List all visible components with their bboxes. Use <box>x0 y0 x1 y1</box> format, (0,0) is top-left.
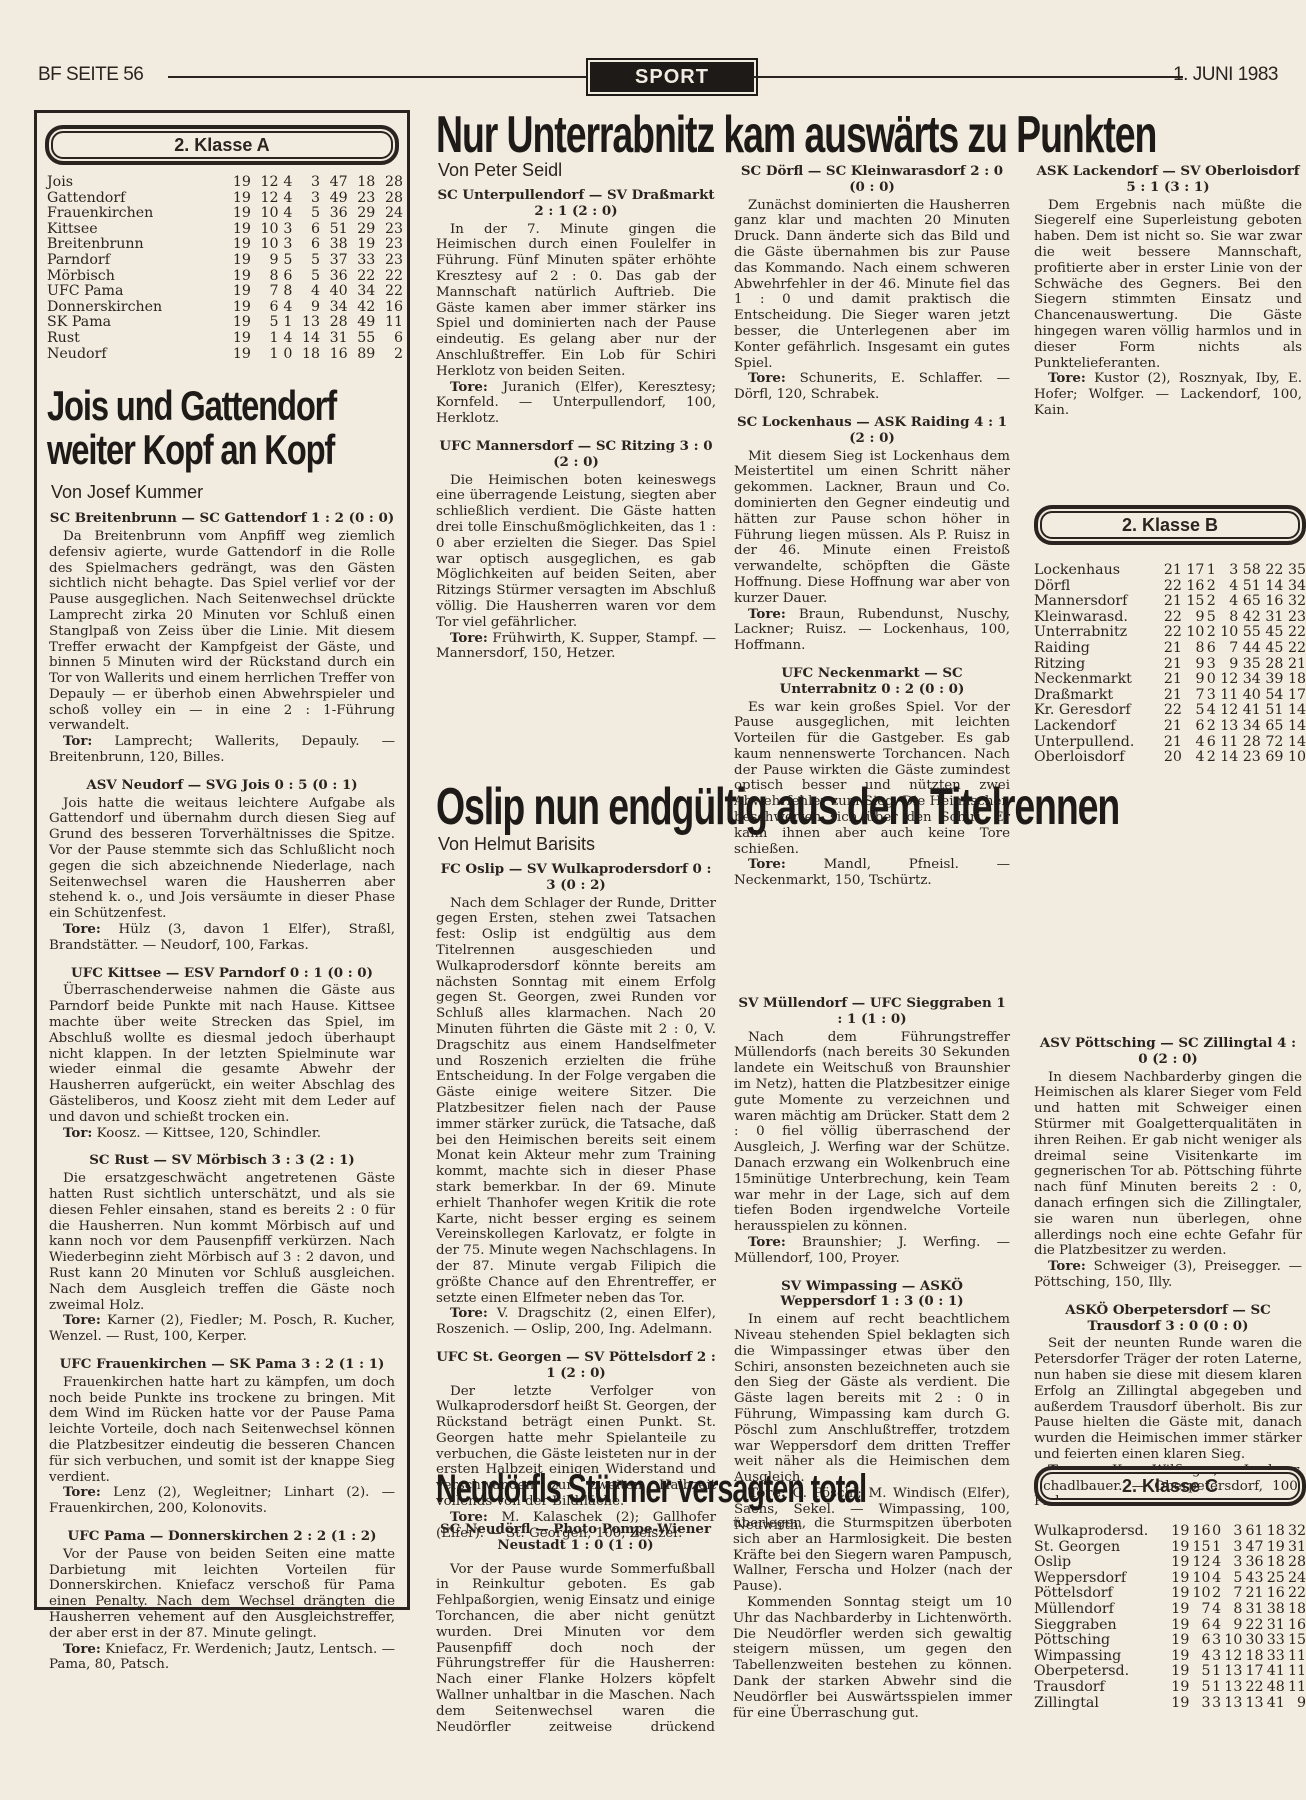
stat-value: 6 <box>1204 735 1215 751</box>
standings-klasse-b: 2. Klasse B Lockenhaus211713582235Dörfl2… <box>1034 505 1306 766</box>
standings-row: Neudorf19101816892 <box>47 347 403 363</box>
match-title: UFC Neckenmarkt — SC Unterrabnitz 0 : 2 … <box>734 666 1010 698</box>
stat-value: 8 <box>1216 610 1239 626</box>
goalscorers-line: Tore: Juranich (Elfer), Keresztesy; Korn… <box>436 380 716 427</box>
stat-value: 3 <box>1221 1524 1242 1540</box>
team-name: UFC Pama <box>47 284 223 300</box>
stat-value: 34 <box>1238 672 1261 688</box>
stat-value: 10 <box>1216 625 1239 641</box>
team-name: Oslip <box>1034 1555 1168 1571</box>
team-name: Trausdorf <box>1034 1680 1168 1696</box>
stat-value: 12 <box>1221 1649 1242 1665</box>
team-name: Frauenkirchen <box>47 206 223 222</box>
goalscorers-line: Tore: Braun, Rubendunst, Nuschy, Lackner… <box>734 607 1010 654</box>
stat-value: 14 <box>292 331 320 347</box>
stat-value: 23 <box>1238 750 1261 766</box>
stat-value: 10 <box>251 237 279 253</box>
stat-value: 23 <box>375 253 403 269</box>
stat-value: 2 <box>1204 625 1215 641</box>
team-name: Neckenmarkt <box>1034 672 1159 688</box>
standings-row: Neckenmarkt219012343918 <box>1034 672 1306 688</box>
team-name: Jois <box>47 175 223 191</box>
stat-value: 19 <box>223 222 251 238</box>
team-name: Raiding <box>1034 641 1159 657</box>
goalscorers-label: Tore: <box>748 1234 786 1250</box>
stat-value: 9 <box>292 300 320 316</box>
article-a-body: SC Breitenbrunn — SC Gattendorf 1 : 2 (0… <box>49 511 395 1679</box>
stat-value: 19 <box>1168 1571 1189 1587</box>
stat-value: 17 <box>1182 563 1205 579</box>
stat-value: 5 <box>1189 1680 1210 1696</box>
goalscorers-line: Tore: Kniefacz, Fr. Werdenich; Jautz, Le… <box>49 1642 395 1674</box>
team-name: Gattendorf <box>47 191 223 207</box>
stat-value: 4 <box>279 331 293 347</box>
stat-value: 6 <box>1189 1618 1210 1634</box>
goalscorers-line: Tore: Karner (2), Fiedler; M. Posch, R. … <box>49 1313 395 1345</box>
article-b-headline: Nur Unterrabnitz kam auswärts zu Punkten <box>436 108 1156 162</box>
stat-value: 55 <box>1238 625 1261 641</box>
stat-value: 23 <box>1283 610 1306 626</box>
stat-value: 19 <box>1168 1586 1189 1602</box>
stat-value: 7 <box>1216 641 1239 657</box>
stat-value: 22 <box>1159 703 1182 719</box>
stat-value: 21 <box>1159 641 1182 657</box>
stat-value: 19 <box>223 284 251 300</box>
masthead-rule-left <box>168 76 588 78</box>
stat-value: 3 <box>1204 657 1215 673</box>
stat-value: 22 <box>1159 610 1182 626</box>
stat-value: 18 <box>292 347 320 363</box>
stat-value: 3 <box>279 237 293 253</box>
standings-row: Unterrabnitz2210210554522 <box>1034 625 1306 641</box>
stat-value: 2 <box>375 347 403 363</box>
stat-value: 3 <box>1211 1696 1222 1712</box>
stat-value: 65 <box>1261 719 1284 735</box>
stat-value: 42 <box>348 300 376 316</box>
article-paragraph: Kommenden Sonntag steigt um 10 Uhr das N… <box>733 1595 1012 1721</box>
stat-value: 37 <box>320 253 348 269</box>
stat-value: 3 <box>1211 1633 1222 1649</box>
page-number: BF SEITE 56 <box>38 64 143 86</box>
standings-row: Lackendorf216213346514 <box>1034 719 1306 735</box>
goalscorers-line: Tore: Schunerits, E. Schlaffer. — Dörfl,… <box>734 371 1010 403</box>
stat-value: 12 <box>1216 672 1239 688</box>
stat-value: 28 <box>320 315 348 331</box>
match-report: Jois hatte die weitaus leichtere Aufgabe… <box>49 796 395 922</box>
stat-value: 16 <box>1261 594 1284 610</box>
team-name: Mannersdorf <box>1034 594 1159 610</box>
match-report: Mit diesem Sieg ist Lockenhaus dem Meist… <box>734 449 1010 607</box>
stat-value: 11 <box>1285 1680 1306 1696</box>
stat-value: 33 <box>1264 1633 1285 1649</box>
stat-value: 72 <box>1261 735 1284 751</box>
stat-value: 14 <box>1216 750 1239 766</box>
stat-value: 47 <box>320 175 348 191</box>
stat-value: 4 <box>1211 1555 1222 1571</box>
stat-value: 45 <box>1261 625 1284 641</box>
stat-value: 19 <box>223 315 251 331</box>
standings-row: Gattendorf191243492328 <box>47 191 403 207</box>
stat-value: 34 <box>348 284 376 300</box>
stat-value: 8 <box>279 284 293 300</box>
stat-value: 11 <box>375 315 403 331</box>
match-title: ASV Pöttsching — SC Zillingtal 4 : 0 (2 … <box>1034 1036 1302 1068</box>
stat-value: 19 <box>1168 1602 1189 1618</box>
stat-value: 38 <box>1264 1602 1285 1618</box>
match-title: SC Rust — SV Mörbisch 3 : 3 (2 : 1) <box>49 1153 395 1169</box>
stat-value: 1 <box>1211 1540 1222 1556</box>
standings-table-klasse-c: Wulkaprodersd.191603611832St. Georgen191… <box>1034 1524 1306 1711</box>
goalscorers-label: Tore: <box>1048 1258 1086 1274</box>
stat-value: 4 <box>279 191 293 207</box>
match-report: In einem auf recht beachtlichem Niveau s… <box>734 1312 1010 1486</box>
stat-value: 2 <box>1211 1586 1222 1602</box>
match-report: In diesem Nachbarderby gingen die Heimis… <box>1034 1070 1302 1260</box>
stat-value: 31 <box>1261 610 1284 626</box>
stat-value: 19 <box>1168 1680 1189 1696</box>
stat-value: 49 <box>348 315 376 331</box>
stat-value: 14 <box>1261 579 1284 595</box>
stat-value: 21 <box>1159 594 1182 610</box>
goalscorers-label: Tore: <box>450 630 488 646</box>
stat-value: 51 <box>320 222 348 238</box>
match-report: Nach dem Schlager der Runde, Dritter geg… <box>436 896 716 1307</box>
stat-value: 1 <box>1211 1680 1222 1696</box>
stat-value: 4 <box>1211 1602 1222 1618</box>
standings-table-klasse-b: Lockenhaus211713582235Dörfl221624511434M… <box>1034 563 1306 766</box>
team-name: Pöttelsdorf <box>1034 1586 1168 1602</box>
match-title: ASV Neudorf — SVG Jois 0 : 5 (0 : 1) <box>49 778 395 794</box>
stat-value: 13 <box>1221 1680 1242 1696</box>
match-title: FC Oslip — SV Wulkaprodersdorf 0 : 3 (0 … <box>436 862 716 894</box>
stat-value: 42 <box>1238 610 1261 626</box>
standings-row: Kittsee191036512923 <box>47 222 403 238</box>
stat-value: 0 <box>1204 672 1215 688</box>
stat-value: 19 <box>1168 1633 1189 1649</box>
standings-title-klasse-b: 2. Klasse B <box>1034 505 1306 545</box>
stat-value: 2 <box>1204 579 1215 595</box>
standings-row: Müllendorf19748313818 <box>1034 1602 1306 1618</box>
stat-value: 15 <box>1189 1540 1210 1556</box>
stat-value: 6 <box>1189 1633 1210 1649</box>
stat-value: 36 <box>320 206 348 222</box>
team-name: Wulkaprodersd. <box>1034 1524 1168 1540</box>
stat-value: 4 <box>1182 735 1205 751</box>
stat-value: 19 <box>1168 1540 1189 1556</box>
stat-value: 13 <box>292 315 320 331</box>
standings-row: Parndorf19955373323 <box>47 253 403 269</box>
stat-value: 38 <box>320 237 348 253</box>
standings-row: Dörfl221624511434 <box>1034 579 1306 595</box>
stat-value: 21 <box>1159 672 1182 688</box>
match-title: ASK Lackendorf — SV Oberloisdorf 5 : 1 (… <box>1034 164 1302 196</box>
team-name: St. Georgen <box>1034 1540 1168 1556</box>
stat-value: 9 <box>1216 657 1239 673</box>
match-title: ASKÖ Oberpetersdorf — SC Trausdorf 3 : 0… <box>1034 1303 1302 1335</box>
stat-value: 48 <box>1264 1680 1285 1696</box>
stat-value: 19 <box>223 206 251 222</box>
stat-value: 22 <box>1242 1618 1263 1634</box>
standings-row: UFC Pama19784403422 <box>47 284 403 300</box>
team-name: Breitenbrunn <box>47 237 223 253</box>
stat-value: 12 <box>251 191 279 207</box>
stat-value: 2 <box>1204 594 1215 610</box>
stat-value: 12 <box>1216 703 1239 719</box>
team-name: Zillingtal <box>1034 1696 1168 1712</box>
stat-value: 1 <box>1211 1664 1222 1680</box>
stat-value: 24 <box>375 206 403 222</box>
stat-value: 33 <box>348 253 376 269</box>
stat-value: 9 <box>1182 672 1205 688</box>
stat-value: 10 <box>251 206 279 222</box>
stat-value: 0 <box>1211 1524 1222 1540</box>
match-report: Seit der neunten Runde waren die Petersd… <box>1034 1336 1302 1462</box>
stat-value: 19 <box>223 237 251 253</box>
team-name: Dörfl <box>1034 579 1159 595</box>
stat-value: 61 <box>1242 1524 1263 1540</box>
team-name: Donnerskirchen <box>47 300 223 316</box>
stat-value: 3 <box>292 175 320 191</box>
stat-value: 4 <box>1189 1649 1210 1665</box>
goalscorers-text: Lamprecht; Wallerits, Depauly. — Breiten… <box>49 734 395 765</box>
goalscorers-line: Tore: Lenz (2), Wegleitner; Linhart (2).… <box>49 1485 395 1517</box>
article-b-col-1: SC Unterpullendorf — SV Draßmarkt 2 : 1 … <box>436 182 716 668</box>
stat-value: 5 <box>251 315 279 331</box>
goalscorers-text: Kniefacz, Fr. Werdenich; Jautz, Lentsch.… <box>49 1642 395 1673</box>
stat-value: 19 <box>1168 1524 1189 1540</box>
stat-value: 3 <box>1211 1649 1222 1665</box>
stat-value: 89 <box>348 347 376 363</box>
goalscorers-label: Tore: <box>1048 370 1086 386</box>
stat-value: 4 <box>1216 594 1239 610</box>
byline: Von Josef Kummer <box>51 482 407 503</box>
team-name: SK Pama <box>47 315 223 331</box>
match-title: SV Müllendorf — UFC Sieggraben 1 : 1 (1 … <box>734 996 1010 1028</box>
stat-value: 14 <box>1283 703 1306 719</box>
standings-row: Mannersdorf211524651632 <box>1034 594 1306 610</box>
stat-value: 6 <box>1204 641 1215 657</box>
stat-value: 31 <box>1285 1540 1306 1556</box>
stat-value: 9 <box>1221 1618 1242 1634</box>
match-title: SV Wimpassing — ASKÖ Weppersdorf 1 : 3 (… <box>734 1279 1010 1311</box>
match-report: Die Heimischen boten keineswegs eine übe… <box>436 473 716 631</box>
stat-value: 19 <box>223 347 251 363</box>
stat-value: 4 <box>1216 579 1239 595</box>
goalscorers-label: Tore: <box>63 921 101 937</box>
stat-value: 43 <box>1242 1571 1263 1587</box>
standings-title-klasse-c: 2. Klasse C <box>1034 1466 1306 1506</box>
goalscorers-label: Tor: <box>63 733 92 749</box>
standings-row: Ritzing21939352821 <box>1034 657 1306 673</box>
stat-value: 14 <box>1283 719 1306 735</box>
stat-value: 6 <box>292 237 320 253</box>
match-report: Dem Ergebnis nach müßte die Siegerelf ei… <box>1034 198 1302 372</box>
stat-value: 21 <box>1242 1586 1263 1602</box>
stat-value: 10 <box>1189 1571 1210 1587</box>
headline-line-2: weiter Kopf an Kopf <box>47 428 328 472</box>
goalscorers-label: Tore: <box>748 856 786 872</box>
stat-value: 51 <box>1261 703 1284 719</box>
stat-value: 28 <box>375 175 403 191</box>
stat-value: 4 <box>279 175 293 191</box>
stat-value: 21 <box>1159 688 1182 704</box>
stat-value: 10 <box>1182 625 1205 641</box>
stat-value: 4 <box>1182 750 1205 766</box>
article-c-col-1: FC Oslip — SV Wulkaprodersdorf 0 : 3 (0 … <box>436 856 716 1547</box>
stat-value: 36 <box>320 269 348 285</box>
stat-value: 19 <box>1168 1555 1189 1571</box>
stat-value: 3 <box>1221 1540 1242 1556</box>
stat-value: 23 <box>375 222 403 238</box>
stat-value: 0 <box>279 347 293 363</box>
stat-value: 4 <box>1211 1618 1222 1634</box>
goalscorers-label: Tore: <box>748 606 786 622</box>
goalscorers-text: Koosz. — Kittsee, 120, Schindler. <box>97 1126 321 1141</box>
team-name: Sieggraben <box>1034 1618 1168 1634</box>
team-name: Kittsee <box>47 222 223 238</box>
stat-value: 10 <box>1221 1633 1242 1649</box>
match-report: Zunächst dominierten die Hausherren ganz… <box>734 198 1010 372</box>
stat-value: 22 <box>1285 1586 1306 1602</box>
stat-value: 6 <box>375 331 403 347</box>
stat-value: 13 <box>1242 1696 1263 1712</box>
team-name: Pöttsching <box>1034 1633 1168 1649</box>
standings-row: Jois191243471828 <box>47 175 403 191</box>
stat-value: 1 <box>251 331 279 347</box>
stat-value: 18 <box>1283 672 1306 688</box>
match-report: Vor der Pause von beiden Seiten eine mat… <box>49 1547 395 1642</box>
stat-value: 15 <box>1285 1633 1306 1649</box>
section-label: SPORT <box>586 58 758 96</box>
team-name: Mörbisch <box>47 269 223 285</box>
team-name: Wimpassing <box>1034 1649 1168 1665</box>
stat-value: 8 <box>251 269 279 285</box>
stat-value: 22 <box>375 269 403 285</box>
stat-value: 3 <box>1216 563 1239 579</box>
standings-row: Kleinwarasd.22958423123 <box>1034 610 1306 626</box>
stat-value: 10 <box>1283 750 1306 766</box>
stat-value: 35 <box>1283 563 1306 579</box>
stat-value: 69 <box>1261 750 1284 766</box>
stat-value: 8 <box>1182 641 1205 657</box>
stat-value: 22 <box>1242 1680 1263 1696</box>
standings-row: Donnerskirchen19649344216 <box>47 300 403 316</box>
team-name: Parndorf <box>47 253 223 269</box>
article-c-byline: Von Helmut Barisits <box>438 834 595 855</box>
stat-value: 16 <box>1264 1586 1285 1602</box>
team-name: Unterpullend. <box>1034 735 1159 751</box>
goalscorers-text: Lenz (2), Wegleitner; Linhart (2). — Fra… <box>49 1485 395 1516</box>
stat-value: 5 <box>1182 703 1205 719</box>
stat-value: 7 <box>1221 1586 1242 1602</box>
match-report: Nach dem Führungstreffer Müllendorfs (na… <box>734 1030 1010 1235</box>
article-c-col-3: ASV Pöttsching — SC Zillingtal 4 : 0 (2 … <box>1034 1030 1302 1516</box>
stat-value: 9 <box>1285 1696 1306 1712</box>
stat-value: 6 <box>251 300 279 316</box>
stat-value: 9 <box>251 253 279 269</box>
stat-value: 13 <box>1221 1664 1242 1680</box>
stat-value: 35 <box>1238 657 1261 673</box>
team-name: Lockenhaus <box>1034 563 1159 579</box>
stat-value: 10 <box>1189 1586 1210 1602</box>
standings-row: Breitenbrunn191036381923 <box>47 237 403 253</box>
stat-value: 28 <box>375 191 403 207</box>
stat-value: 15 <box>1182 594 1205 610</box>
match-title: SC Lockenhaus — ASK Raiding 4 : 1 (2 : 0… <box>734 415 1010 447</box>
stat-value: 22 <box>1283 625 1306 641</box>
match-title: UFC Pama — Donnerskirchen 2 : 2 (1 : 2) <box>49 1529 395 1545</box>
team-name: Rust <box>47 331 223 347</box>
stat-value: 1 <box>279 315 293 331</box>
stat-value: 24 <box>1285 1571 1306 1587</box>
stat-value: 22 <box>1261 563 1284 579</box>
stat-value: 55 <box>348 331 376 347</box>
standings-row: Weppersdorf191045432524 <box>1034 1571 1306 1587</box>
goalscorers-label: Tore: <box>63 1641 101 1657</box>
stat-value: 25 <box>1264 1571 1285 1587</box>
stat-value: 29 <box>348 222 376 238</box>
stat-value: 41 <box>1264 1696 1285 1712</box>
stat-value: 40 <box>1238 688 1261 704</box>
stat-value: 33 <box>1264 1649 1285 1665</box>
stat-value: 13 <box>1216 719 1239 735</box>
stat-value: 9 <box>1182 610 1205 626</box>
stat-value: 21 <box>1283 657 1306 673</box>
match-report: Überraschenderweise nahmen die Gäste aus… <box>49 983 395 1125</box>
stat-value: 19 <box>223 300 251 316</box>
stat-value: 5 <box>292 269 320 285</box>
goalscorers-line: Tore: Schweiger (3), Preisegger. — Pötts… <box>1034 1259 1302 1291</box>
goalscorers-label: Tore: <box>450 379 488 395</box>
stat-value: 18 <box>1242 1649 1263 1665</box>
stat-value: 3 <box>279 222 293 238</box>
headline-line-1: Jois und Gattendorf <box>47 384 328 428</box>
stat-value: 19 <box>1168 1664 1189 1680</box>
team-name: Kr. Geresdorf <box>1034 703 1159 719</box>
stat-value: 39 <box>1261 672 1284 688</box>
stat-value: 4 <box>292 284 320 300</box>
stat-value: 22 <box>1283 641 1306 657</box>
stat-value: 30 <box>1242 1633 1263 1649</box>
match-title: SC Dörfl — SC Kleinwarasdorf 2 : 0 (0 : … <box>734 164 1010 196</box>
stat-value: 34 <box>1238 719 1261 735</box>
standings-title-klasse-a: 2. Klasse A <box>45 125 399 165</box>
stat-value: 18 <box>348 175 376 191</box>
goalscorers-label: Tore: <box>748 370 786 386</box>
standings-row: Mörbisch19865362222 <box>47 269 403 285</box>
stat-value: 21 <box>1159 563 1182 579</box>
match-title: SC Neudörfl — Photo Pompe-Wiener Neustad… <box>436 1522 715 1554</box>
stat-value: 1 <box>251 347 279 363</box>
match-report: Frauenkirchen hatte hart zu kämpfen, um … <box>49 1375 395 1486</box>
article-b-col-3: ASK Lackendorf — SV Oberloisdorf 5 : 1 (… <box>1034 158 1302 425</box>
stat-value: 54 <box>1261 688 1284 704</box>
issue-date: 1. JUNI 1983 <box>1173 64 1278 86</box>
stat-value: 13 <box>1221 1696 1242 1712</box>
stat-value: 12 <box>1189 1555 1210 1571</box>
standings-row: Unterpullend.214611287214 <box>1034 735 1306 751</box>
standings-row: Pöttelsdorf191027211622 <box>1034 1586 1306 1602</box>
article-c-col-2: SV Müllendorf — UFC Sieggraben 1 : 1 (1 … <box>734 990 1010 1539</box>
goalscorers-line: Tore: Braunshier; J. Werfing. — Müllendo… <box>734 1235 1010 1267</box>
goalscorers-line: Tore: Frühwirth, K. Supper, Stampf. — Ma… <box>436 631 716 663</box>
standings-row: Sieggraben19649223116 <box>1034 1618 1306 1634</box>
stat-value: 10 <box>251 222 279 238</box>
match-title: SC Breitenbrunn — SC Gattendorf 1 : 2 (0… <box>49 511 395 527</box>
standings-row: Kr. Geresdorf225412415114 <box>1034 703 1306 719</box>
stat-value: 34 <box>320 300 348 316</box>
stat-value: 1 <box>1204 563 1215 579</box>
